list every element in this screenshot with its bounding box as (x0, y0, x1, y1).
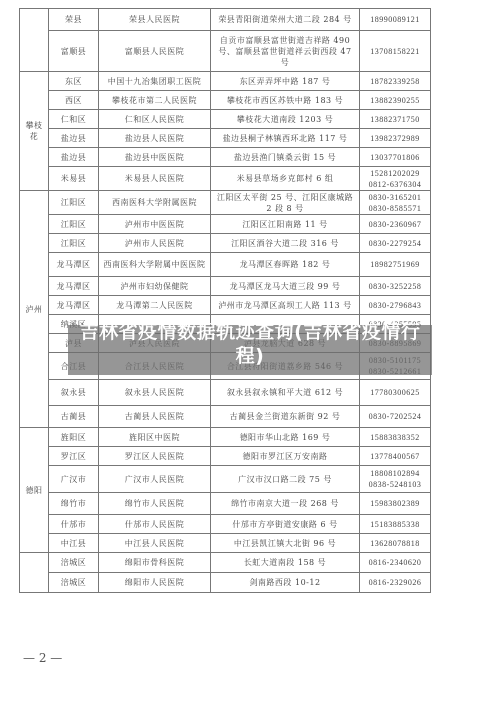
phone-number: 0830-7202524 (362, 411, 428, 422)
phone-cell: 0830-2796843 (360, 296, 431, 315)
hospital-cell: 罗江区人民医院 (99, 447, 211, 466)
address-cell: 广汉市汉口路二段 75 号 (211, 466, 360, 493)
address-cell: 攀枝花大道南段 1203 号 (211, 110, 360, 129)
address-cell: 什邡市方亭街道安康路 6 号 (211, 515, 360, 534)
district-cell: 东区 (49, 72, 99, 91)
table-row: 仁和区仁和区人民医院攀枝花大道南段 1203 号13882371750 (20, 110, 431, 129)
district-cell: 龙马潭区 (49, 296, 99, 315)
table-row: 涪城区绵阳市骨科医院长虹大道南段 158 号0816-2340620 (20, 553, 431, 573)
table-row: 中江县中江县人民医院中江县凯江镇大北街 96 号13628078818 (20, 534, 431, 553)
phone-cell: 188081028940838-5248103 (360, 466, 431, 493)
phone-cell: 13982372989 (360, 129, 431, 148)
phone-number: 13628078818 (362, 538, 428, 549)
hospital-cell: 什邡市人民医院 (99, 515, 211, 534)
address-cell: 古蔺县金兰街道东新街 92 号 (211, 406, 360, 428)
table-row: 江阳区泸州市人民医院江阳区酒谷大道二段 316 号0830-2279254 (20, 234, 431, 253)
city-cell: 泸州 (20, 191, 49, 428)
phone-number: 15183885338 (362, 519, 428, 530)
city-cell: 攀枝花 (20, 72, 49, 191)
address-cell: 荣县青阳街道荣州大道二段 284 号 (211, 9, 360, 31)
district-cell: 荣县 (49, 9, 99, 31)
hospital-cell: 富顺县人民医院 (99, 31, 211, 72)
district-cell: 盐边县 (49, 148, 99, 167)
table-row: 荣县荣县人民医院荣县青阳街道荣州大道二段 284 号18990089121 (20, 9, 431, 31)
hospital-cell: 广汉市人民医院 (99, 466, 211, 493)
phone-number: 0830-2796843 (362, 300, 428, 311)
district-cell: 江阳区 (49, 215, 99, 234)
phone-cell: 17780300625 (360, 380, 431, 406)
table-row: 涪城区绵阳市人民医院剑南路西段 10-120816-2329026 (20, 573, 431, 593)
table-row: 古蔺县古蔺县人民医院古蔺县金兰街道东新街 92 号0830-7202524 (20, 406, 431, 428)
district-cell: 富顺县 (49, 31, 99, 72)
hospital-cell: 旌阳区中医院 (99, 428, 211, 447)
city-cell (20, 553, 49, 593)
hospital-cell: 盐边县中医医院 (99, 148, 211, 167)
city-cell (20, 9, 49, 72)
table-row: 盐边县盐边县人民医院盐边县桐子林镇西环北路 117 号13982372989 (20, 129, 431, 148)
district-cell: 江阳区 (49, 234, 99, 253)
table-row: 德阳旌阳区旌阳区中医院德阳市华山北路 169 号15883838352 (20, 428, 431, 447)
phone-cell: 13708158221 (360, 31, 431, 72)
district-cell: 中江县 (49, 534, 99, 553)
address-cell: 江阳区酒谷大道二段 316 号 (211, 234, 360, 253)
address-cell: 长虹大道南段 158 号 (211, 553, 360, 573)
phone-number: 0830-3165201 (362, 192, 428, 203)
address-cell: 自贡市富顺县富世街道吉祥路 490 号、富顺县富世街道祥云街西段 47 号 (211, 31, 360, 72)
district-cell: 龙马潭区 (49, 277, 99, 296)
table-row: 盐边县盐边县中医医院盐边县渔门镇桑云街 15 号13037701806 (20, 148, 431, 167)
phone-number: 18990089121 (362, 14, 428, 25)
phone-cell: 13882371750 (360, 110, 431, 129)
district-cell: 罗江区 (49, 447, 99, 466)
phone-cell: 0830-7202524 (360, 406, 431, 428)
phone-number: 0838-5248103 (362, 479, 428, 490)
hospital-cell: 中江县人民医院 (99, 534, 211, 553)
district-cell: 仁和区 (49, 110, 99, 129)
phone-number: 0830-3252258 (362, 281, 428, 292)
hospital-cell: 泸州市人民医院 (99, 234, 211, 253)
hospital-cell: 泸州市中医医院 (99, 215, 211, 234)
district-cell: 江阳区 (49, 191, 99, 215)
hospital-cell: 泸州市妇幼保健院 (99, 277, 211, 296)
phone-number: 17780300625 (362, 387, 428, 398)
phone-cell: 0816-2340620 (360, 553, 431, 573)
table-row: 广汉市广汉市人民医院广汉市汉口路二段 75 号188081028940838-5… (20, 466, 431, 493)
phone-cell: 15183885338 (360, 515, 431, 534)
table-row: 绵竹市绵竹市人民医院绵竹市南京大道一段 268 号15983802389 (20, 493, 431, 515)
district-cell: 旌阳区 (49, 428, 99, 447)
phone-cell: 0830-3252258 (360, 277, 431, 296)
address-cell: 德阳市华山北路 169 号 (211, 428, 360, 447)
address-cell: 江阳区江阳南路 11 号 (211, 215, 360, 234)
table-row: 西区攀枝花市第二人民医院攀枝花市西区苏铁中路 183 号13882390255 (20, 91, 431, 110)
table-row: 米易县米易县人民医院米易县草场乡克郎村 6 组152812020290812-6… (20, 167, 431, 191)
address-cell: 龙马潭区龙马大道三段 99 号 (211, 277, 360, 296)
phone-number: 13882390255 (362, 95, 428, 106)
district-cell: 米易县 (49, 167, 99, 191)
phone-number: 13882371750 (362, 114, 428, 125)
district-cell: 叙永县 (49, 380, 99, 406)
phone-cell: 18982751969 (360, 253, 431, 277)
phone-number: 13037701806 (362, 152, 428, 163)
address-cell: 东区弄弄坪中路 187 号 (211, 72, 360, 91)
overlay-title: 吉林省疫情数据轨迹查询(吉林省疫情行程) (68, 320, 432, 368)
phone-cell: 152812020290812-6376304 (360, 167, 431, 191)
phone-number: 15883838352 (362, 432, 428, 443)
address-cell: 龙马潭区春晖路 182 号 (211, 253, 360, 277)
table-row: 叙永县叙永县人民医院叙永县叙永镇和平大道 612 号17780300625 (20, 380, 431, 406)
phone-number: 0812-6376304 (362, 179, 428, 190)
hospital-cell: 荣县人民医院 (99, 9, 211, 31)
district-cell: 广汉市 (49, 466, 99, 493)
hospital-cell: 龙马潭第二人民医院 (99, 296, 211, 315)
hospital-cell: 西南医科大学附属医院 (99, 191, 211, 215)
hospital-cell: 古蔺县人民医院 (99, 406, 211, 428)
district-cell: 涪城区 (49, 573, 99, 593)
phone-number: 13708158221 (362, 46, 428, 57)
hospital-cell: 绵竹市人民医院 (99, 493, 211, 515)
phone-cell: 15983802389 (360, 493, 431, 515)
phone-number: 15983802389 (362, 498, 428, 509)
hospital-cell: 盐边县人民医院 (99, 129, 211, 148)
phone-cell: 0816-2329026 (360, 573, 431, 593)
phone-cell: 13882390255 (360, 91, 431, 110)
address-cell: 江阳区太平街 25 号、江阳区康城路 2 段 8 号 (211, 191, 360, 215)
phone-number: 13778400567 (362, 451, 428, 462)
phone-number: 18808102894 (362, 468, 428, 479)
address-cell: 叙永县叙永镇和平大道 612 号 (211, 380, 360, 406)
hospital-cell: 绵阳市人民医院 (99, 573, 211, 593)
phone-cell: 0830-31652010830-8585571 (360, 191, 431, 215)
hospital-cell: 绵阳市骨科医院 (99, 553, 211, 573)
hospital-cell: 攀枝花市第二人民医院 (99, 91, 211, 110)
hospital-cell: 西南医科大学附属中医医院 (99, 253, 211, 277)
phone-number: 15281202029 (362, 168, 428, 179)
phone-number: 0816-2340620 (362, 557, 428, 568)
table-row: 什邡市什邡市人民医院什邡市方亭街道安康路 6 号15183885338 (20, 515, 431, 534)
district-cell: 什邡市 (49, 515, 99, 534)
table-row: 龙马潭区泸州市妇幼保健院龙马潭区龙马大道三段 99 号0830-3252258 (20, 277, 431, 296)
district-cell: 西区 (49, 91, 99, 110)
hospital-cell: 叙永县人民医院 (99, 380, 211, 406)
phone-number: 18782339258 (362, 76, 428, 87)
district-cell: 龙马潭区 (49, 253, 99, 277)
phone-cell: 0830-2360967 (360, 215, 431, 234)
phone-number: 0830-2360967 (362, 219, 428, 230)
phone-cell: 13037701806 (360, 148, 431, 167)
address-cell: 攀枝花市西区苏铁中路 183 号 (211, 91, 360, 110)
table-row: 江阳区泸州市中医医院江阳区江阳南路 11 号0830-2360967 (20, 215, 431, 234)
table-row: 泸州江阳区西南医科大学附属医院江阳区太平街 25 号、江阳区康城路 2 段 8 … (20, 191, 431, 215)
table-row: 富顺县富顺县人民医院自贡市富顺县富世街道吉祥路 490 号、富顺县富世街道祥云街… (20, 31, 431, 72)
address-cell: 泸州市龙马潭区高坝工人路 113 号 (211, 296, 360, 315)
district-cell: 绵竹市 (49, 493, 99, 515)
hospital-cell: 米易县人民医院 (99, 167, 211, 191)
phone-cell: 18990089121 (360, 9, 431, 31)
table-row: 龙马潭区西南医科大学附属中医医院龙马潭区春晖路 182 号18982751969 (20, 253, 431, 277)
table-row: 攀枝花东区中国十九冶集团职工医院东区弄弄坪中路 187 号18782339258 (20, 72, 431, 91)
hospital-cell: 仁和区人民医院 (99, 110, 211, 129)
page-number: — 2 — (23, 651, 62, 665)
table-row: 龙马潭区龙马潭第二人民医院泸州市龙马潭区高坝工人路 113 号0830-2796… (20, 296, 431, 315)
phone-cell: 0830-2279254 (360, 234, 431, 253)
district-cell: 古蔺县 (49, 406, 99, 428)
address-cell: 绵竹市南京大道一段 268 号 (211, 493, 360, 515)
address-cell: 米易县草场乡克郎村 6 组 (211, 167, 360, 191)
phone-number: 0830-8585571 (362, 203, 428, 214)
phone-number: 13982372989 (362, 133, 428, 144)
phone-cell: 18782339258 (360, 72, 431, 91)
phone-cell: 13778400567 (360, 447, 431, 466)
address-cell: 中江县凯江镇大北街 96 号 (211, 534, 360, 553)
phone-cell: 13628078818 (360, 534, 431, 553)
district-cell: 涪城区 (49, 553, 99, 573)
address-cell: 盐边县桐子林镇西环北路 117 号 (211, 129, 360, 148)
table-row: 罗江区罗江区人民医院德阳市罗江区万安南路13778400567 (20, 447, 431, 466)
hospital-table: 荣县荣县人民医院荣县青阳街道荣州大道二段 284 号18990089121富顺县… (19, 8, 431, 593)
phone-number: 0816-2329026 (362, 577, 428, 588)
phone-number: 18982751969 (362, 259, 428, 270)
phone-number: 0830-2279254 (362, 238, 428, 249)
city-cell: 德阳 (20, 428, 49, 553)
hospital-cell: 中国十九冶集团职工医院 (99, 72, 211, 91)
district-cell: 盐边县 (49, 129, 99, 148)
address-cell: 盐边县渔门镇桑云街 15 号 (211, 148, 360, 167)
address-cell: 剑南路西段 10-12 (211, 573, 360, 593)
phone-cell: 15883838352 (360, 428, 431, 447)
address-cell: 德阳市罗江区万安南路 (211, 447, 360, 466)
